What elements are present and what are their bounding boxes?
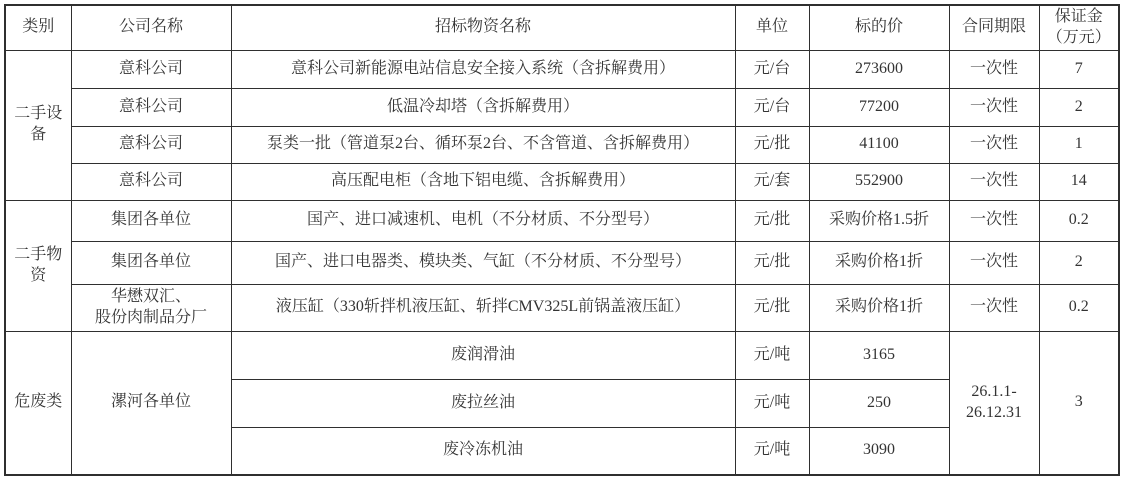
col-header-term: 合同期限 [949,5,1039,50]
cell-price: 3165 [809,331,949,379]
cell-price: 3090 [809,427,949,475]
cell-unit: 元/批 [735,284,809,331]
tender-table: 类别 公司名称 招标物资名称 单位 标的价 合同期限 保证金 （万元） 二手设 … [4,4,1120,476]
cell-material: 国产、进口电器类、模块类、气缸（不分材质、不分型号） [231,241,735,284]
table-row: 意科公司 泵类一批（管道泵2台、循环泵2台、不含管道、含拆解费用） 元/批 41… [5,126,1119,163]
cell-company: 意科公司 [71,50,231,88]
header-row: 类别 公司名称 招标物资名称 单位 标的价 合同期限 保证金 （万元） [5,5,1119,50]
cell-unit: 元/批 [735,126,809,163]
col-header-unit: 单位 [735,5,809,50]
document-page: 类别 公司名称 招标物资名称 单位 标的价 合同期限 保证金 （万元） 二手设 … [0,0,1122,477]
cell-material: 意科公司新能源电站信息安全接入系统（含拆解费用） [231,50,735,88]
cell-deposit: 3 [1039,331,1119,475]
table-row: 二手设 备 意科公司 意科公司新能源电站信息安全接入系统（含拆解费用） 元/台 … [5,50,1119,88]
cell-unit: 元/台 [735,50,809,88]
cell-category: 二手物 资 [5,200,71,331]
col-header-price: 标的价 [809,5,949,50]
cell-price: 250 [809,379,949,427]
cell-material: 废润滑油 [231,331,735,379]
cell-material: 废拉丝油 [231,379,735,427]
cell-term: 26.1.1- 26.12.31 [949,331,1039,475]
table-row: 华懋双汇、 股份肉制品分厂 液压缸（330斩拌机液压缸、斩拌CMV325L前锅盖… [5,284,1119,331]
cell-unit: 元/批 [735,200,809,241]
cell-material: 高压配电柜（含地下铝电缆、含拆解费用） [231,163,735,200]
cell-material: 废冷冻机油 [231,427,735,475]
table-row: 危废类 漯河各单位 废润滑油 元/吨 3165 26.1.1- 26.12.31… [5,331,1119,379]
cell-deposit: 14 [1039,163,1119,200]
cell-term: 一次性 [949,163,1039,200]
cell-material: 国产、进口减速机、电机（不分材质、不分型号） [231,200,735,241]
cell-price: 采购价格1折 [809,241,949,284]
cell-unit: 元/吨 [735,427,809,475]
table-row: 二手物 资 集团各单位 国产、进口减速机、电机（不分材质、不分型号） 元/批 采… [5,200,1119,241]
cell-category: 二手设 备 [5,50,71,200]
table-row: 意科公司 低温冷却塔（含拆解费用） 元/台 77200 一次性 2 [5,88,1119,126]
cell-material: 液压缸（330斩拌机液压缸、斩拌CMV325L前锅盖液压缸） [231,284,735,331]
cell-company: 集团各单位 [71,241,231,284]
cell-price: 41100 [809,126,949,163]
cell-term: 一次性 [949,88,1039,126]
col-header-company: 公司名称 [71,5,231,50]
cell-term: 一次性 [949,126,1039,163]
table-row: 意科公司 高压配电柜（含地下铝电缆、含拆解费用） 元/套 552900 一次性 … [5,163,1119,200]
cell-term: 一次性 [949,284,1039,331]
cell-category: 危废类 [5,331,71,475]
cell-deposit: 0.2 [1039,200,1119,241]
cell-material: 泵类一批（管道泵2台、循环泵2台、不含管道、含拆解费用） [231,126,735,163]
col-header-material: 招标物资名称 [231,5,735,50]
cell-unit: 元/批 [735,241,809,284]
cell-unit: 元/吨 [735,379,809,427]
cell-price: 采购价格1.5折 [809,200,949,241]
cell-price: 552900 [809,163,949,200]
cell-unit: 元/套 [735,163,809,200]
cell-company: 意科公司 [71,126,231,163]
cell-price: 采购价格1折 [809,284,949,331]
cell-material: 低温冷却塔（含拆解费用） [231,88,735,126]
cell-deposit: 1 [1039,126,1119,163]
cell-unit: 元/台 [735,88,809,126]
cell-deposit: 2 [1039,88,1119,126]
cell-term: 一次性 [949,200,1039,241]
cell-price: 77200 [809,88,949,126]
cell-deposit: 2 [1039,241,1119,284]
cell-deposit: 0.2 [1039,284,1119,331]
cell-term: 一次性 [949,50,1039,88]
col-header-deposit: 保证金 （万元） [1039,5,1119,50]
cell-price: 273600 [809,50,949,88]
cell-unit: 元/吨 [735,331,809,379]
cell-company: 意科公司 [71,88,231,126]
cell-company: 集团各单位 [71,200,231,241]
table-row: 集团各单位 国产、进口电器类、模块类、气缸（不分材质、不分型号） 元/批 采购价… [5,241,1119,284]
cell-deposit: 7 [1039,50,1119,88]
col-header-category: 类别 [5,5,71,50]
cell-company: 漯河各单位 [71,331,231,475]
cell-term: 一次性 [949,241,1039,284]
cell-company: 华懋双汇、 股份肉制品分厂 [71,284,231,331]
cell-company: 意科公司 [71,163,231,200]
